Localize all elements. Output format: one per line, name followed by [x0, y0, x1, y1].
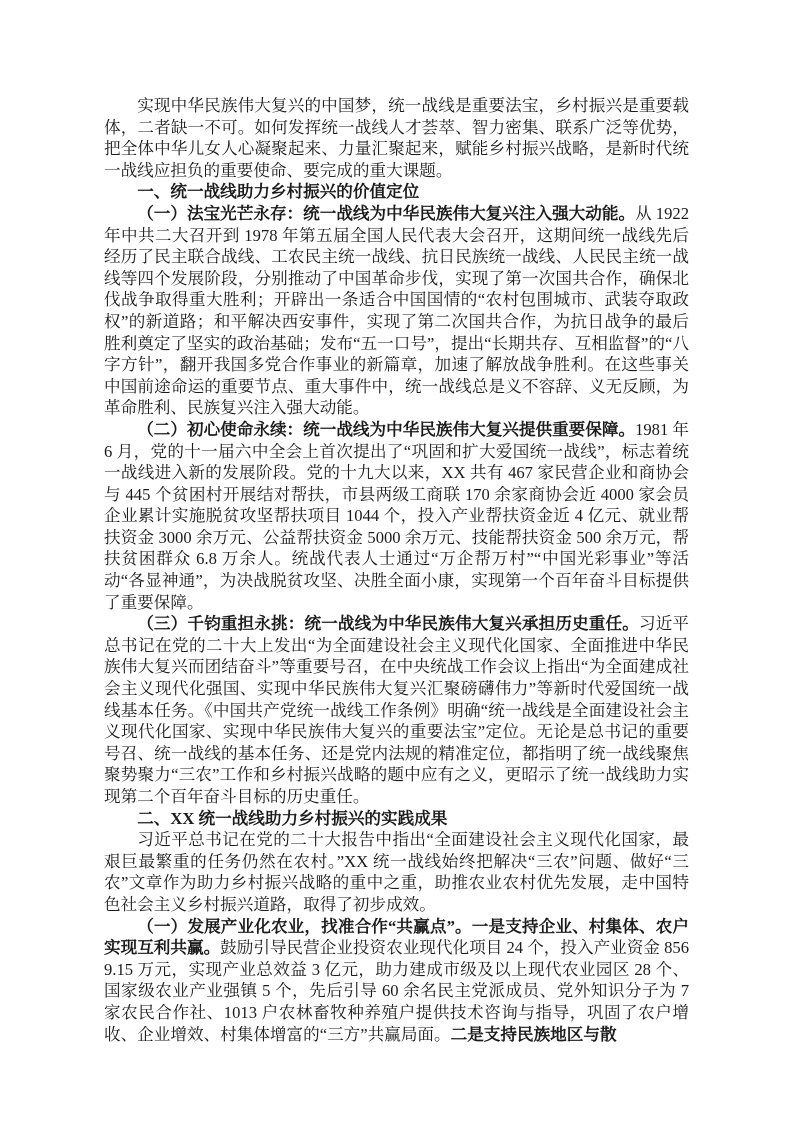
bold-text-run: （一）法宝光芒永存：统一战线为中华民族伟大复兴注入强大动能。: [137, 204, 635, 223]
bold-text-run: 二是支持民族地区与散: [451, 1025, 617, 1044]
document-body: 实现中华民族伟大复兴的中国梦，统一战线是重要法宝，乡村振兴是重要载体，二者缺一不…: [104, 95, 689, 1045]
bold-text-run: 一、统一战线助力乡村振兴的价值定位: [137, 182, 419, 201]
paragraph: 实现中华民族伟大复兴的中国梦，统一战线是重要法宝，乡村振兴是重要载体，二者缺一不…: [104, 95, 689, 181]
bold-text-run: 二、XX 统一战线助力乡村振兴的实践成果: [137, 809, 447, 828]
section-heading: 一、统一战线助力乡村振兴的价值定位: [104, 181, 689, 203]
text-run: 从 1922 年中共二大召开到 1978 年第五届全国人民代表大会召开，这期间统…: [104, 204, 689, 417]
paragraph: （二）初心使命永续：统一战线为中华民族伟大复兴提供重要保障。1981 年 6 月…: [104, 419, 689, 613]
paragraph: （三）千钧重担永挑：统一战线为中华民族伟大复兴承担历史重任。习近平总书记在党的二…: [104, 613, 689, 807]
text-run: 习近平总书记在党的二十大上发出“为全面建设社会主义现代化国家、全面推进中华民族伟…: [104, 614, 689, 806]
bold-text-run: （三）千钧重担永挑：统一战线为中华民族伟大复兴承担历史重任。: [137, 614, 639, 633]
document-page: 实现中华民族伟大复兴的中国梦，统一战线是重要法宝，乡村振兴是重要载体，二者缺一不…: [0, 0, 793, 1122]
bold-text-run: （二）初心使命永续：统一战线为中华民族伟大复兴提供重要保障。: [137, 420, 635, 439]
paragraph: （一）发展产业化农业，找准合作“共赢点”。一是支持企业、村集体、农户实现互利共赢…: [104, 916, 689, 1046]
text-run: 实现中华民族伟大复兴的中国梦，统一战线是重要法宝，乡村振兴是重要载体，二者缺一不…: [104, 96, 689, 180]
section-heading: 二、XX 统一战线助力乡村振兴的实践成果: [104, 808, 689, 830]
text-run: 习近平总书记在党的二十大报告中指出“全面建设社会主义现代化国家，最艰巨最繁重的任…: [104, 830, 689, 914]
paragraph: 习近平总书记在党的二十大报告中指出“全面建设社会主义现代化国家，最艰巨最繁重的任…: [104, 829, 689, 915]
paragraph: （一）法宝光芒永存：统一战线为中华民族伟大复兴注入强大动能。从 1922 年中共…: [104, 203, 689, 419]
text-run: 1981 年 6 月，党的十一届六中全会上首次提出了“巩固和扩大爱国统一战线”，…: [104, 420, 689, 612]
